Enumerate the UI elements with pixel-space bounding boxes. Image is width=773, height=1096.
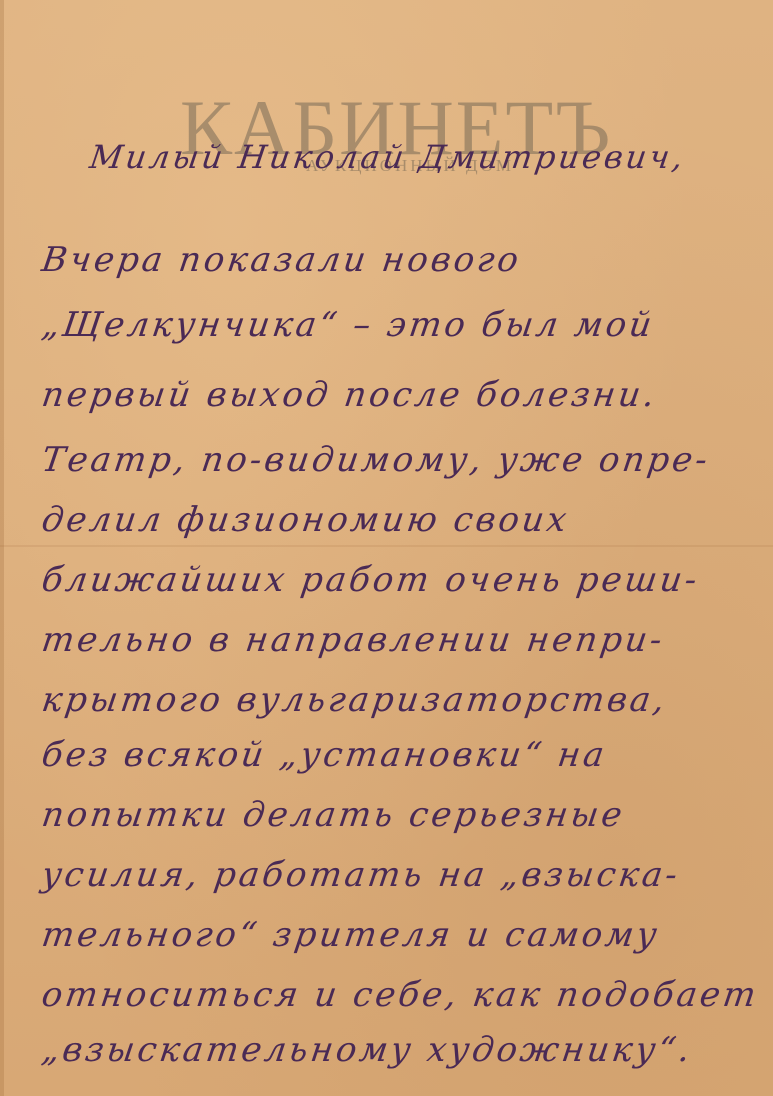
letter-line: „Щелкунчика“ – это был мой [39, 305, 756, 345]
letter-line: усилия, работать на „взыска- [39, 855, 756, 895]
paper-edge [0, 0, 4, 1096]
letter-line: делил физиономию своих [39, 500, 756, 540]
letter-line: попытки делать серьезные [39, 795, 756, 835]
letter-line: относиться и себе, как подобает [39, 975, 756, 1015]
letter-line: тельно в направлении непри- [39, 620, 756, 660]
letter-line: Театр, по-видимому, уже опре- [39, 440, 756, 480]
letter-line: Вчера показали нового [39, 240, 756, 280]
letter-line: первый выход после болезни. [39, 375, 756, 415]
paper-fold [0, 545, 773, 547]
letter-line: ближайших работ очень реши- [39, 560, 756, 600]
letter-page: КАБИНЕТЪ АУКЦИОННЫЙ ДОМ Милый Николай Дм… [0, 0, 773, 1096]
letter-line: „взыскательному художнику“. [39, 1030, 756, 1070]
salutation: Милый Николай Дмитриевич, [87, 138, 755, 176]
letter-line: без всякой „установки“ на [39, 735, 756, 775]
letter-line: тельного“ зрителя и самому [39, 915, 756, 955]
letter-line: крытого вульгаризаторства, [39, 680, 756, 720]
